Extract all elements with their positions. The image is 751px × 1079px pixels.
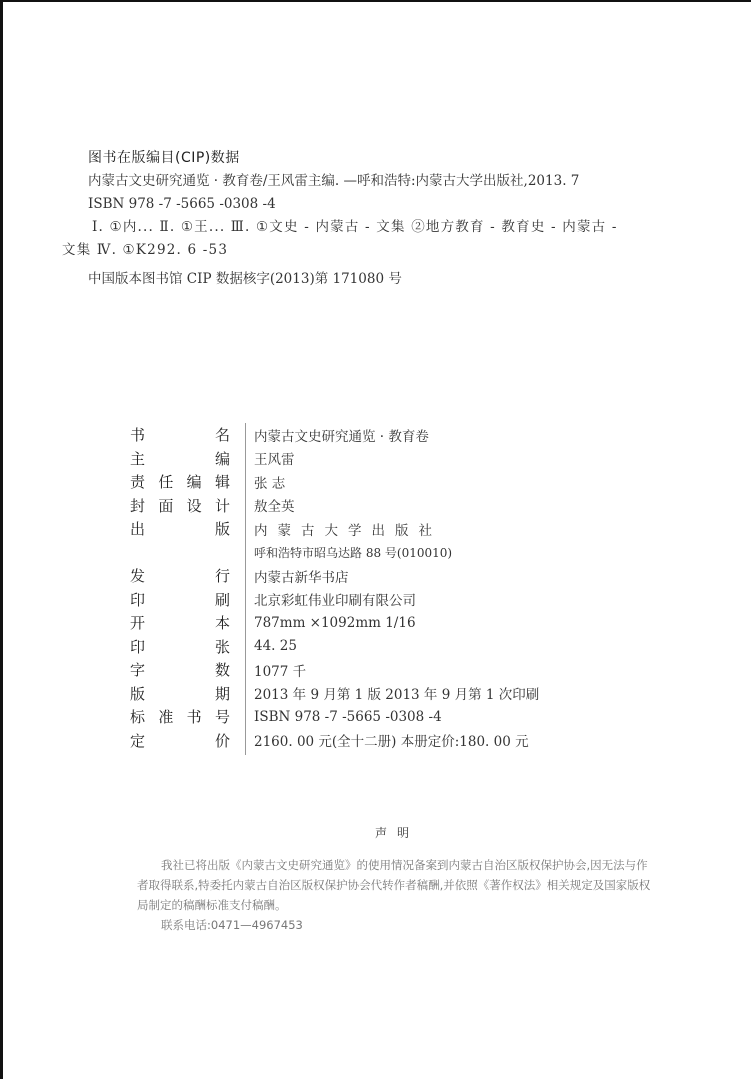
colophon-value: 2013 年 9 月第 1 版 2013 年 9 月第 1 次印刷 xyxy=(254,683,539,703)
colophon-value: 44. 25 xyxy=(254,638,297,654)
colophon-label-char: 辑 xyxy=(215,471,230,492)
colophon-label: 印刷 xyxy=(130,589,230,610)
colophon-row: 字数1077 千 xyxy=(130,658,600,682)
colophon-value: 北京彩虹伟业印刷有限公司 xyxy=(254,589,416,609)
colophon-row: 书名内蒙古文史研究通览 · 教育卷 xyxy=(130,423,600,447)
colophon-label-char: 印 xyxy=(130,636,145,657)
colophon-label: 字数 xyxy=(130,659,230,680)
colophon-label: 定价 xyxy=(130,730,230,751)
colophon-row: 定价2160. 00 元(全十二册) 本册定价:180. 00 元 xyxy=(130,729,600,753)
colophon-label: 标准书号 xyxy=(130,706,230,727)
colophon-label-char: 准 xyxy=(158,706,173,727)
statement-title: 声明 xyxy=(137,823,657,843)
colophon-row: 呼和浩特市昭乌达路 88 号(010010) xyxy=(130,541,600,565)
colophon-label-char: 发 xyxy=(130,565,145,586)
colophon-row: 标准书号ISBN 978 -7 -5665 -0308 -4 xyxy=(130,705,600,729)
colophon-row: 封面设计敖全英 xyxy=(130,494,600,518)
colophon-row: 开本787mm ×1092mm 1/16 xyxy=(130,611,600,635)
colophon-row: 出版内蒙古大学出版社 xyxy=(130,517,600,541)
colophon-value: 787mm ×1092mm 1/16 xyxy=(254,615,416,631)
colophon-label-char: 出 xyxy=(130,518,145,539)
colophon-row: 印刷北京彩虹伟业印刷有限公司 xyxy=(130,588,600,612)
statement-contact: 联系电话:0471—4967453 xyxy=(137,915,657,935)
colophon-label-char: 版 xyxy=(215,518,230,539)
colophon-table: 书名内蒙古文史研究通览 · 教育卷主编王风雷责任编辑张 志封面设计敖全英出版内蒙… xyxy=(130,423,600,752)
cip-classification-line-2: 文集 Ⅳ. ①K292. 6 -53 xyxy=(62,239,708,262)
colophon-label-char: 设 xyxy=(187,495,202,516)
copyright-statement: 声明 我社已将出版《内蒙古文史研究通览》的使用情况备案到内蒙古自治区版权保护协会… xyxy=(137,823,657,935)
colophon-value: ISBN 978 -7 -5665 -0308 -4 xyxy=(254,709,442,725)
statement-paragraph: 我社已将出版《内蒙古文史研究通览》的使用情况备案到内蒙古自治区版权保护协会,因无… xyxy=(137,855,657,915)
colophon-label-char: 号 xyxy=(215,706,230,727)
colophon-label: 开本 xyxy=(130,612,230,633)
colophon-label-char: 字 xyxy=(130,659,145,680)
cip-verification-number: 中国版本图书馆 CIP 数据核字(2013)第 171080 号 xyxy=(88,268,708,291)
colophon-divider xyxy=(245,423,246,755)
colophon-label-char: 面 xyxy=(158,495,173,516)
colophon-label-char: 计 xyxy=(215,495,230,516)
colophon-value: 1077 千 xyxy=(254,660,306,680)
colophon-label-char: 名 xyxy=(215,424,230,445)
colophon-label-char: 标 xyxy=(130,706,145,727)
colophon-label-char: 主 xyxy=(130,448,145,469)
colophon-row: 版期2013 年 9 月第 1 版 2013 年 9 月第 1 次印刷 xyxy=(130,682,600,706)
colophon-label-char: 定 xyxy=(130,730,145,751)
colophon-label: 书名 xyxy=(130,424,230,445)
cip-bibliographic-line: 内蒙古文史研究通览 · 教育卷/王风雷主编. —呼和浩特:内蒙古大学出版社,20… xyxy=(88,170,708,193)
colophon-value: 2160. 00 元(全十二册) 本册定价:180. 00 元 xyxy=(254,730,529,750)
cip-classification-line-1: Ⅰ. ①内... Ⅱ. ①王... Ⅲ. ①文史 - 内蒙古 - 文集 ②地方教… xyxy=(88,216,708,239)
colophon-label-char: 数 xyxy=(215,659,230,680)
colophon-label: 主编 xyxy=(130,448,230,469)
colophon-label-char: 责 xyxy=(130,471,145,492)
colophon-label-char: 印 xyxy=(130,589,145,610)
colophon-row: 印张44. 25 xyxy=(130,635,600,659)
colophon-label-char: 开 xyxy=(130,612,145,633)
colophon-label: 发行 xyxy=(130,565,230,586)
colophon-value: 张 志 xyxy=(254,472,285,492)
colophon-label-char: 刷 xyxy=(215,589,230,610)
colophon-label: 封面设计 xyxy=(130,495,230,516)
colophon-value: 敖全英 xyxy=(254,495,295,515)
colophon-label-char: 封 xyxy=(130,495,145,516)
colophon-row: 责任编辑张 志 xyxy=(130,470,600,494)
colophon-value: 王风雷 xyxy=(254,448,295,468)
colophon-label: 版期 xyxy=(130,683,230,704)
cip-title: 图书在版编目(CIP)数据 xyxy=(88,147,708,170)
colophon-label-char: 价 xyxy=(215,730,230,751)
colophon-label-char: 书 xyxy=(130,424,145,445)
colophon-label-char: 编 xyxy=(187,471,202,492)
colophon-value: 内蒙古新华书店 xyxy=(254,566,349,586)
colophon-label: 印张 xyxy=(130,636,230,657)
colophon-label-char: 版 xyxy=(130,683,145,704)
colophon-label-char: 行 xyxy=(215,565,230,586)
colophon-label-char: 期 xyxy=(215,683,230,704)
cip-isbn: ISBN 978 -7 -5665 -0308 -4 xyxy=(88,193,708,216)
colophon-row: 发行内蒙古新华书店 xyxy=(130,564,600,588)
scan-edge-top xyxy=(0,0,751,2)
colophon-label-char: 张 xyxy=(215,636,230,657)
colophon-label-char: 本 xyxy=(215,612,230,633)
scan-edge-left xyxy=(0,0,3,1079)
colophon-label-char: 编 xyxy=(215,448,230,469)
colophon-value: 呼和浩特市昭乌达路 88 号(010010) xyxy=(254,544,452,561)
cip-data-block: 图书在版编目(CIP)数据 内蒙古文史研究通览 · 教育卷/王风雷主编. —呼和… xyxy=(88,147,708,291)
colophon-row: 主编王风雷 xyxy=(130,447,600,471)
colophon-value: 内蒙古文史研究通览 · 教育卷 xyxy=(254,425,429,445)
colophon-label-char: 任 xyxy=(158,471,173,492)
colophon-value: 内蒙古大学出版社 xyxy=(254,519,442,539)
colophon-label-char: 书 xyxy=(187,706,202,727)
colophon-label: 出版 xyxy=(130,518,230,539)
colophon-label: 责任编辑 xyxy=(130,471,230,492)
